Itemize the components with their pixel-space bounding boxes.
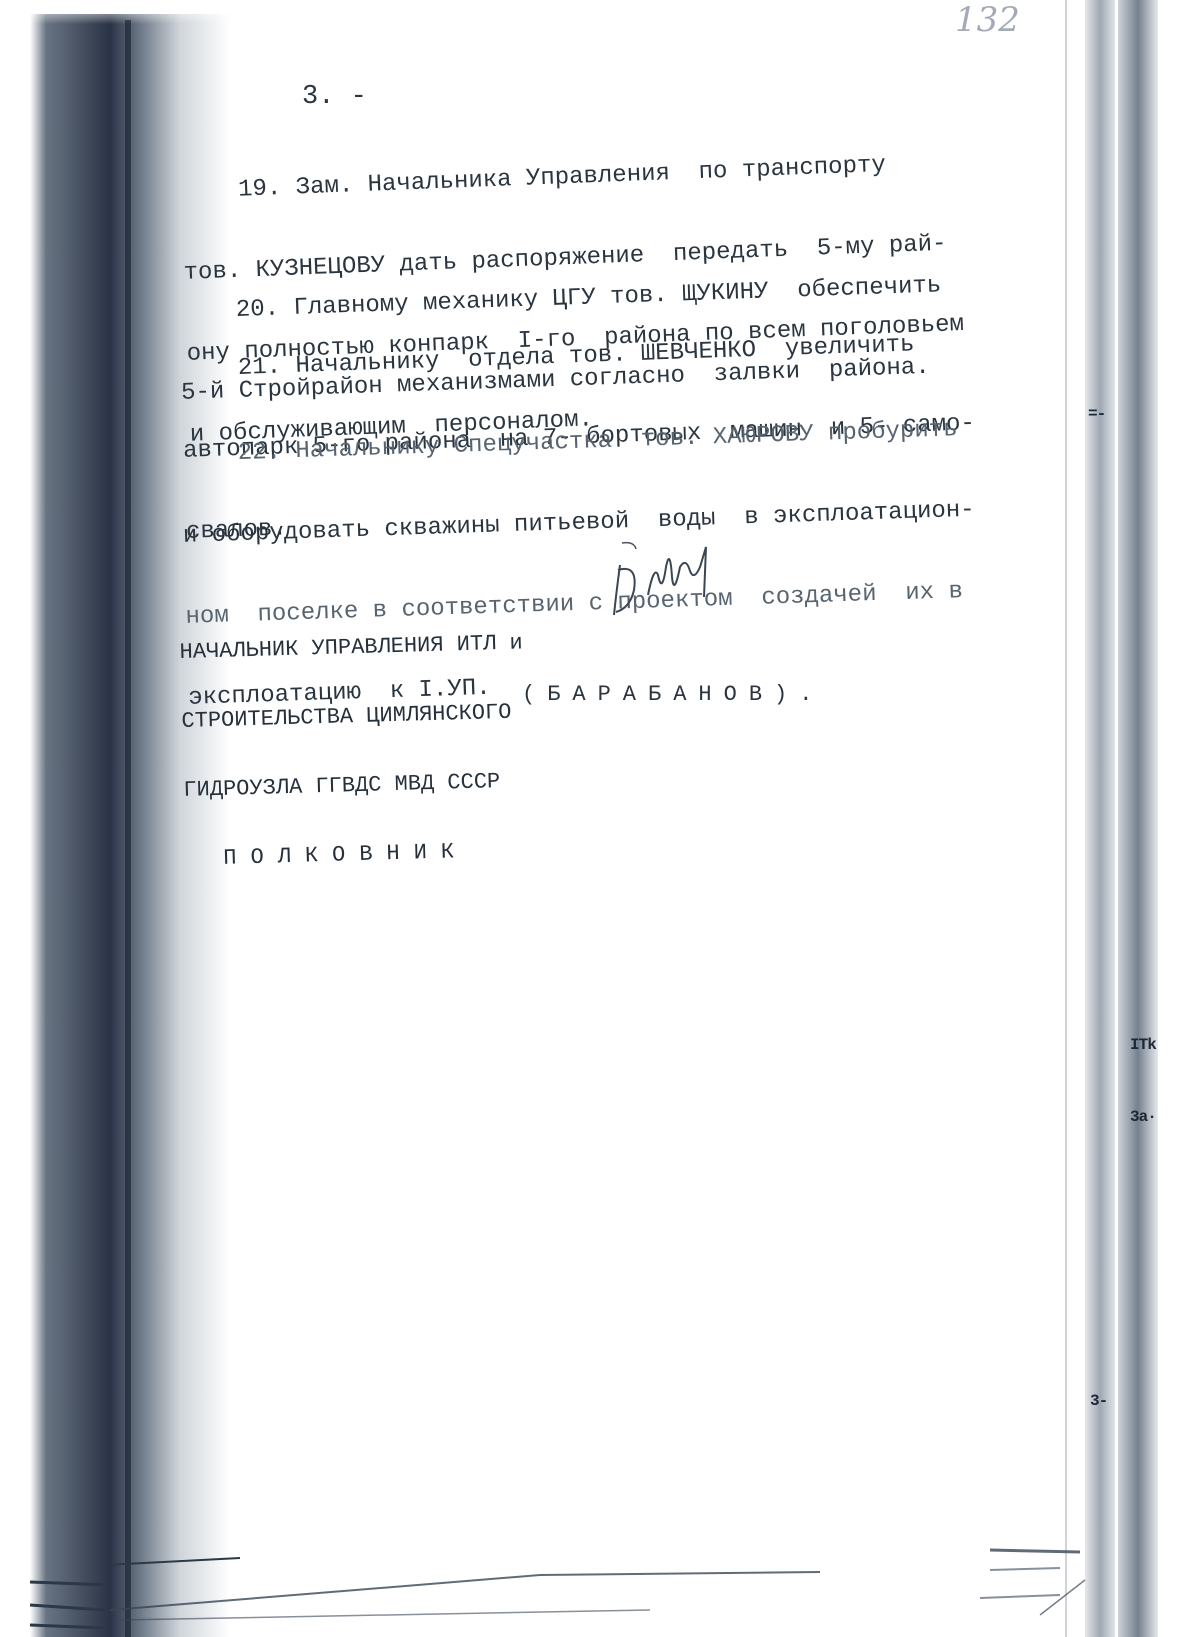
scan-artifact-lines (0, 1450, 1200, 1637)
handwritten-signature (600, 535, 750, 635)
signatory-title-line: ГИДРОУЗЛА ГГВДС МВД СССР (183, 769, 527, 802)
signature-title-block: НАЧАЛЬНИК УПРАВЛЕНИЯ ИТЛ и СТРОИТЕЛЬСТВА… (178, 585, 529, 893)
signatory-name: (БАРАБАНОВ). (522, 682, 824, 707)
handwritten-page-number: 132 (955, 0, 1020, 40)
signatory-title-line: СТРОИТЕЛЬСТВА ЦИМЛЯНСКОГО (181, 700, 525, 733)
text-line: 22. Начальнику Спецучастка тов. ХАЮРОВУ … (180, 416, 973, 469)
edge-fragment: 3a· (1130, 1108, 1156, 1126)
adjacent-page-strip (1118, 0, 1158, 1637)
edge-fragment: 3- (1090, 1392, 1107, 1410)
edge-fragment: ITk (1130, 1036, 1156, 1054)
signatory-title-line: НАЧАЛЬНИК УПРАВЛЕНИЯ ИТЛ и (179, 631, 523, 664)
binding-spine (125, 20, 131, 1637)
binding-shadow-top (30, 0, 240, 120)
edge-fragment: =- (1088, 405, 1105, 423)
signatory-rank: ПОЛКОВНИК (185, 838, 529, 871)
page-edge (1065, 0, 1067, 1637)
text-line: и оборудовать скважины питьевой воды в э… (182, 497, 975, 550)
text-line: 19. Зам. Начальника Управления по трансп… (180, 149, 958, 206)
page-marker: 3. - (302, 82, 367, 112)
